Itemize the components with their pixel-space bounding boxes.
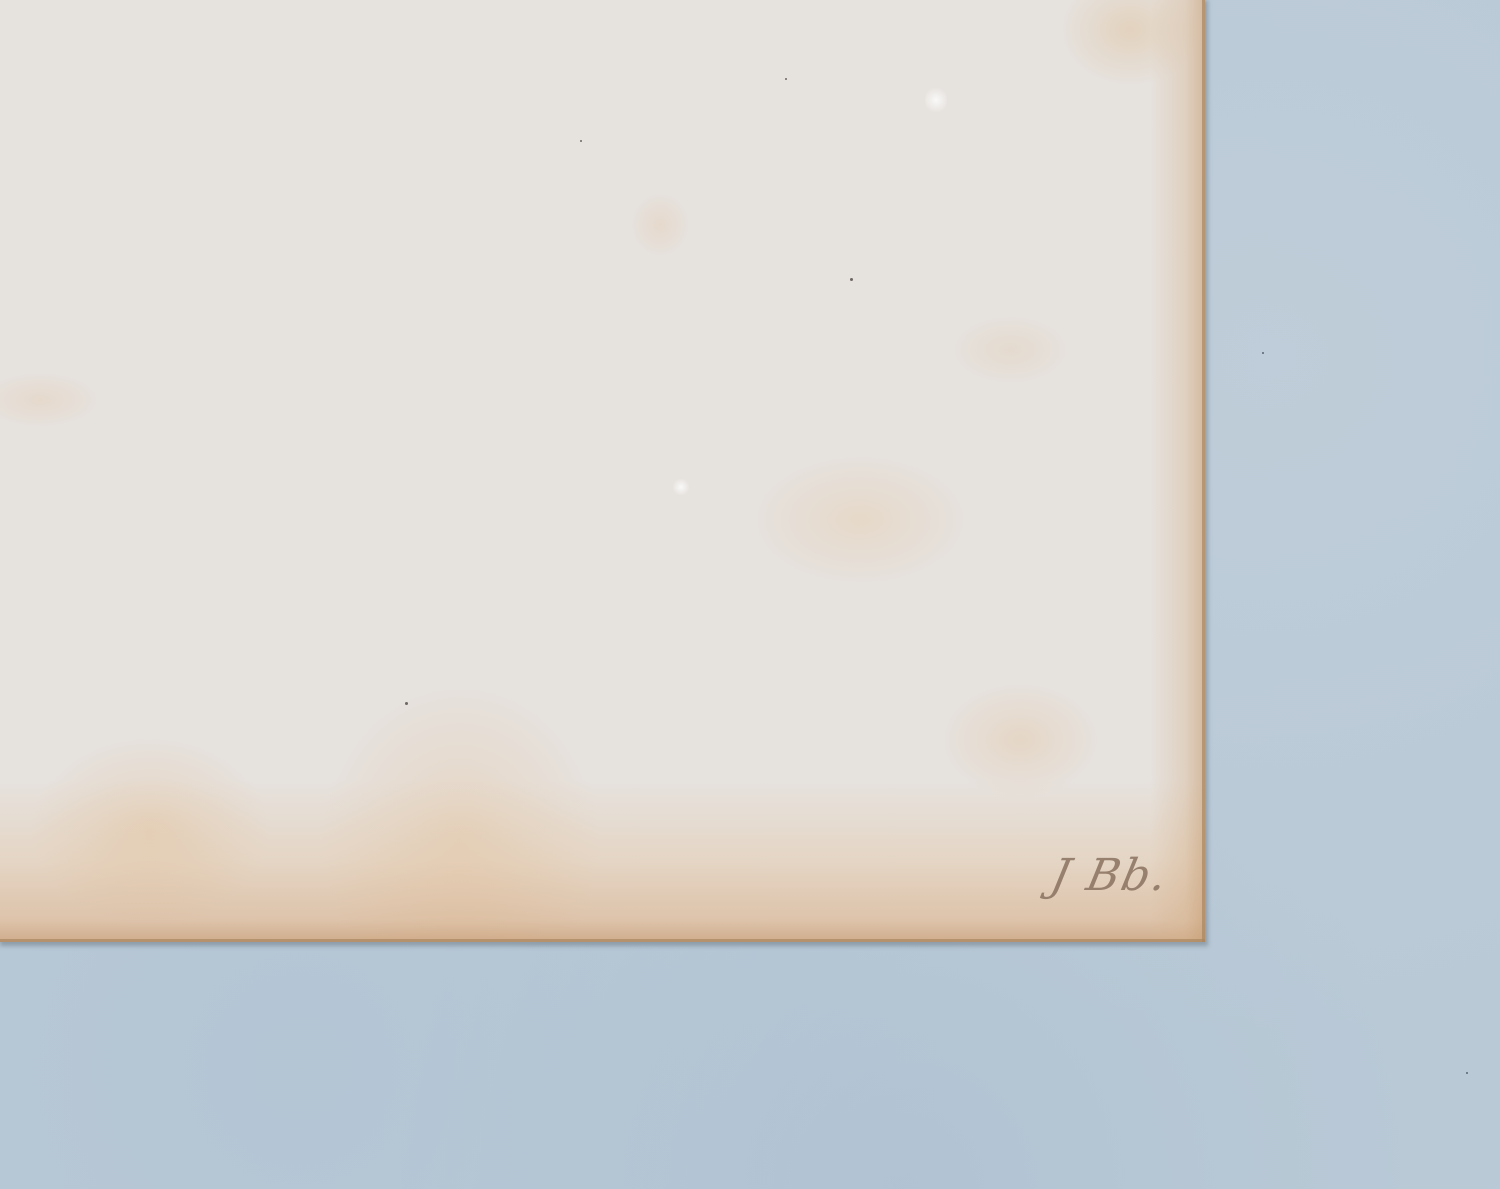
mount-speck <box>1262 352 1264 354</box>
paper-edge-right <box>1202 0 1205 942</box>
paper-dent <box>925 85 947 115</box>
mount-speck <box>1466 1072 1468 1074</box>
paper-edge-bottom <box>0 939 1205 942</box>
collector-inscription: J Bb. <box>1047 850 1174 901</box>
paper-speck <box>785 78 787 80</box>
paper-speck <box>405 702 408 705</box>
paper-speck <box>580 140 582 142</box>
paper-speck <box>850 278 853 281</box>
paper-sheet: J Bb. <box>0 0 1205 942</box>
paper-dent <box>672 478 690 496</box>
photo-scene: J Bb. <box>0 0 1500 1189</box>
